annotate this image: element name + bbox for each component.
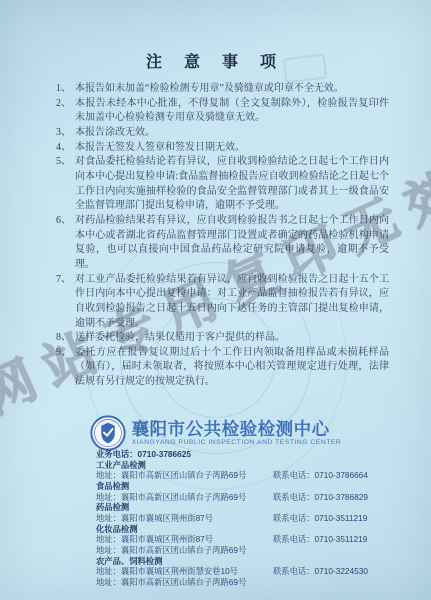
item-text: 对工业产品委托检验结果若有异议，应自收到检验报告之日起十五个工作日内向本中心提出… xyxy=(75,273,389,332)
item-text: 对食品委托检验结论若有异议，应自收到检验结论之日起七个工作日内向本中心提出复检申… xyxy=(75,155,389,214)
notice-item-8: 8、送样委托检验，结果仅适用于客户提供的样品。 xyxy=(56,331,389,346)
item-text: 本报告涂改无效。 xyxy=(75,126,389,141)
page-title: 注 意 事 项 xyxy=(0,49,431,72)
item-number: 8、 xyxy=(56,331,75,346)
org-header: 襄阳市公共检验检测中心 XIANGYANG PUBLIC INSPECTION … xyxy=(0,415,431,451)
contact-block: 业务电话：0710-3786625 工业产品检测 地址：襄阳市高新区团山镇台子湾… xyxy=(96,449,406,588)
item-number: 4、 xyxy=(56,141,75,156)
phone: 联系电话：0710-3786664 xyxy=(273,470,368,481)
phone: 联系电话：0710-3511219 xyxy=(273,534,367,545)
item-text: 送样委托检验，结果仅适用于客户提供的样品。 xyxy=(75,331,389,346)
notice-list: 1、本报告如未加盖“检验检测专用章”及骑缝章或印章不全无效。 2、本报告未经本中… xyxy=(56,82,389,390)
business-phone: 业务电话：0710-3786625 xyxy=(96,449,406,460)
item-number: 5、 xyxy=(56,155,75,214)
item-number: 6、 xyxy=(56,214,75,273)
contact-row: 地址：襄阳市襄城区荆州街87号联系电话：0710-3511219 xyxy=(96,534,406,545)
address: 地址：襄阳市襄城区荆州街慧安巷10号 xyxy=(96,566,273,577)
contact-row: 地址：襄阳市高新区团山镇台子湾路69号 xyxy=(96,545,406,556)
phone: 联系电话：0710-3786829 xyxy=(273,492,368,503)
section-cosmetics: 化妆品检测 xyxy=(96,524,406,535)
item-text: 本报告未经本中心批准，不得复制（全文复制除外），检验报告复印件未加盖中心检验检测… xyxy=(75,97,389,126)
notice-item-5: 5、对食品委托检验结论若有异议，应自收到检验结论之日起七个工作日内向本中心提出复… xyxy=(56,155,389,214)
address: 地址：襄阳市襄城区荆州街87号 xyxy=(96,513,273,524)
item-text: 本报告如未加盖“检验检测专用章”及骑缝章或印章不全无效。 xyxy=(75,82,389,97)
section-industrial-products: 工业产品检测 xyxy=(96,460,406,471)
org-names: 襄阳市公共检验检测中心 XIANGYANG PUBLIC INSPECTION … xyxy=(132,420,342,447)
phone: 联系电话：0710-3224530 xyxy=(273,566,368,577)
section-drugs: 药品检测 xyxy=(96,502,406,513)
item-text: 本报告无签发人签章和签发日期无效。 xyxy=(75,141,389,156)
document-page: 网站专用复印无效 注 意 事 项 1、本报告如未加盖“检验检测专用章”及骑缝章或… xyxy=(0,0,431,600)
notice-item-7: 7、对工业产品委托检验结果若有异议，应自收到检验报告之日起十五个工作日内向本中心… xyxy=(56,273,389,332)
address: 地址：襄阳市高新区团山镇台子湾路69号 xyxy=(96,492,273,503)
notice-item-1: 1、本报告如未加盖“检验检测专用章”及骑缝章或印章不全无效。 xyxy=(56,82,389,97)
notice-item-6: 6、对药品检验结果若有异议，应自收到检验报告书之日起七个工作日内向本中心或者湖北… xyxy=(56,214,389,273)
item-text: 委托方应在报告复议期过后十个工作日内领取备用样品或未损耗样品（如有），届时未领取… xyxy=(75,346,389,390)
section-food: 食品检测 xyxy=(96,481,406,492)
item-number: 2、 xyxy=(56,97,75,126)
notice-item-4: 4、本报告无签发人签章和签发日期无效。 xyxy=(56,141,389,156)
notice-item-9: 9、委托方应在报告复议期过后十个工作日内领取备用样品或未损耗样品（如有），届时未… xyxy=(56,346,389,390)
contact-row: 地址：襄阳市高新区团山镇台子湾路69号 xyxy=(96,577,406,588)
contact-row: 地址：襄阳市襄城区荆州街慧安巷10号联系电话：0710-3224530 xyxy=(96,566,406,577)
org-logo-icon xyxy=(90,415,126,451)
address: 地址：襄阳市高新区团山镇台子湾路69号 xyxy=(96,577,273,588)
item-number: 9、 xyxy=(56,346,75,390)
address: 地址：襄阳市襄城区荆州街87号 xyxy=(96,534,273,545)
item-number: 3、 xyxy=(56,126,75,141)
address: 地址：襄阳市高新区团山镇台子湾路69号 xyxy=(96,470,273,481)
org-name-cn: 襄阳市公共检验检测中心 xyxy=(132,420,342,438)
item-number: 7、 xyxy=(56,273,75,332)
item-number: 1、 xyxy=(56,82,75,97)
section-agri-feed: 农产品、饲料检测 xyxy=(96,556,406,567)
contact-row: 地址：襄阳市襄城区荆州街87号联系电话：0710-3511219 xyxy=(96,513,406,524)
address: 地址：襄阳市高新区团山镇台子湾路69号 xyxy=(96,545,273,556)
notice-item-2: 2、本报告未经本中心批准，不得复制（全文复制除外），检验报告复印件未加盖中心检验… xyxy=(56,97,389,126)
contact-row: 地址：襄阳市高新区团山镇台子湾路69号联系电话：0710-3786829 xyxy=(96,492,406,503)
contact-row: 地址：襄阳市高新区团山镇台子湾路69号联系电话：0710-3786664 xyxy=(96,470,406,481)
org-name-en: XIANGYANG PUBLIC INSPECTION AND TESTING … xyxy=(132,439,342,446)
item-text: 对药品检验结果若有异议，应自收到检验报告书之日起七个工作日内向本中心或者湖北省药… xyxy=(75,214,389,273)
phone: 联系电话：0710-3511219 xyxy=(273,513,367,524)
notice-item-3: 3、本报告涂改无效。 xyxy=(56,126,389,141)
